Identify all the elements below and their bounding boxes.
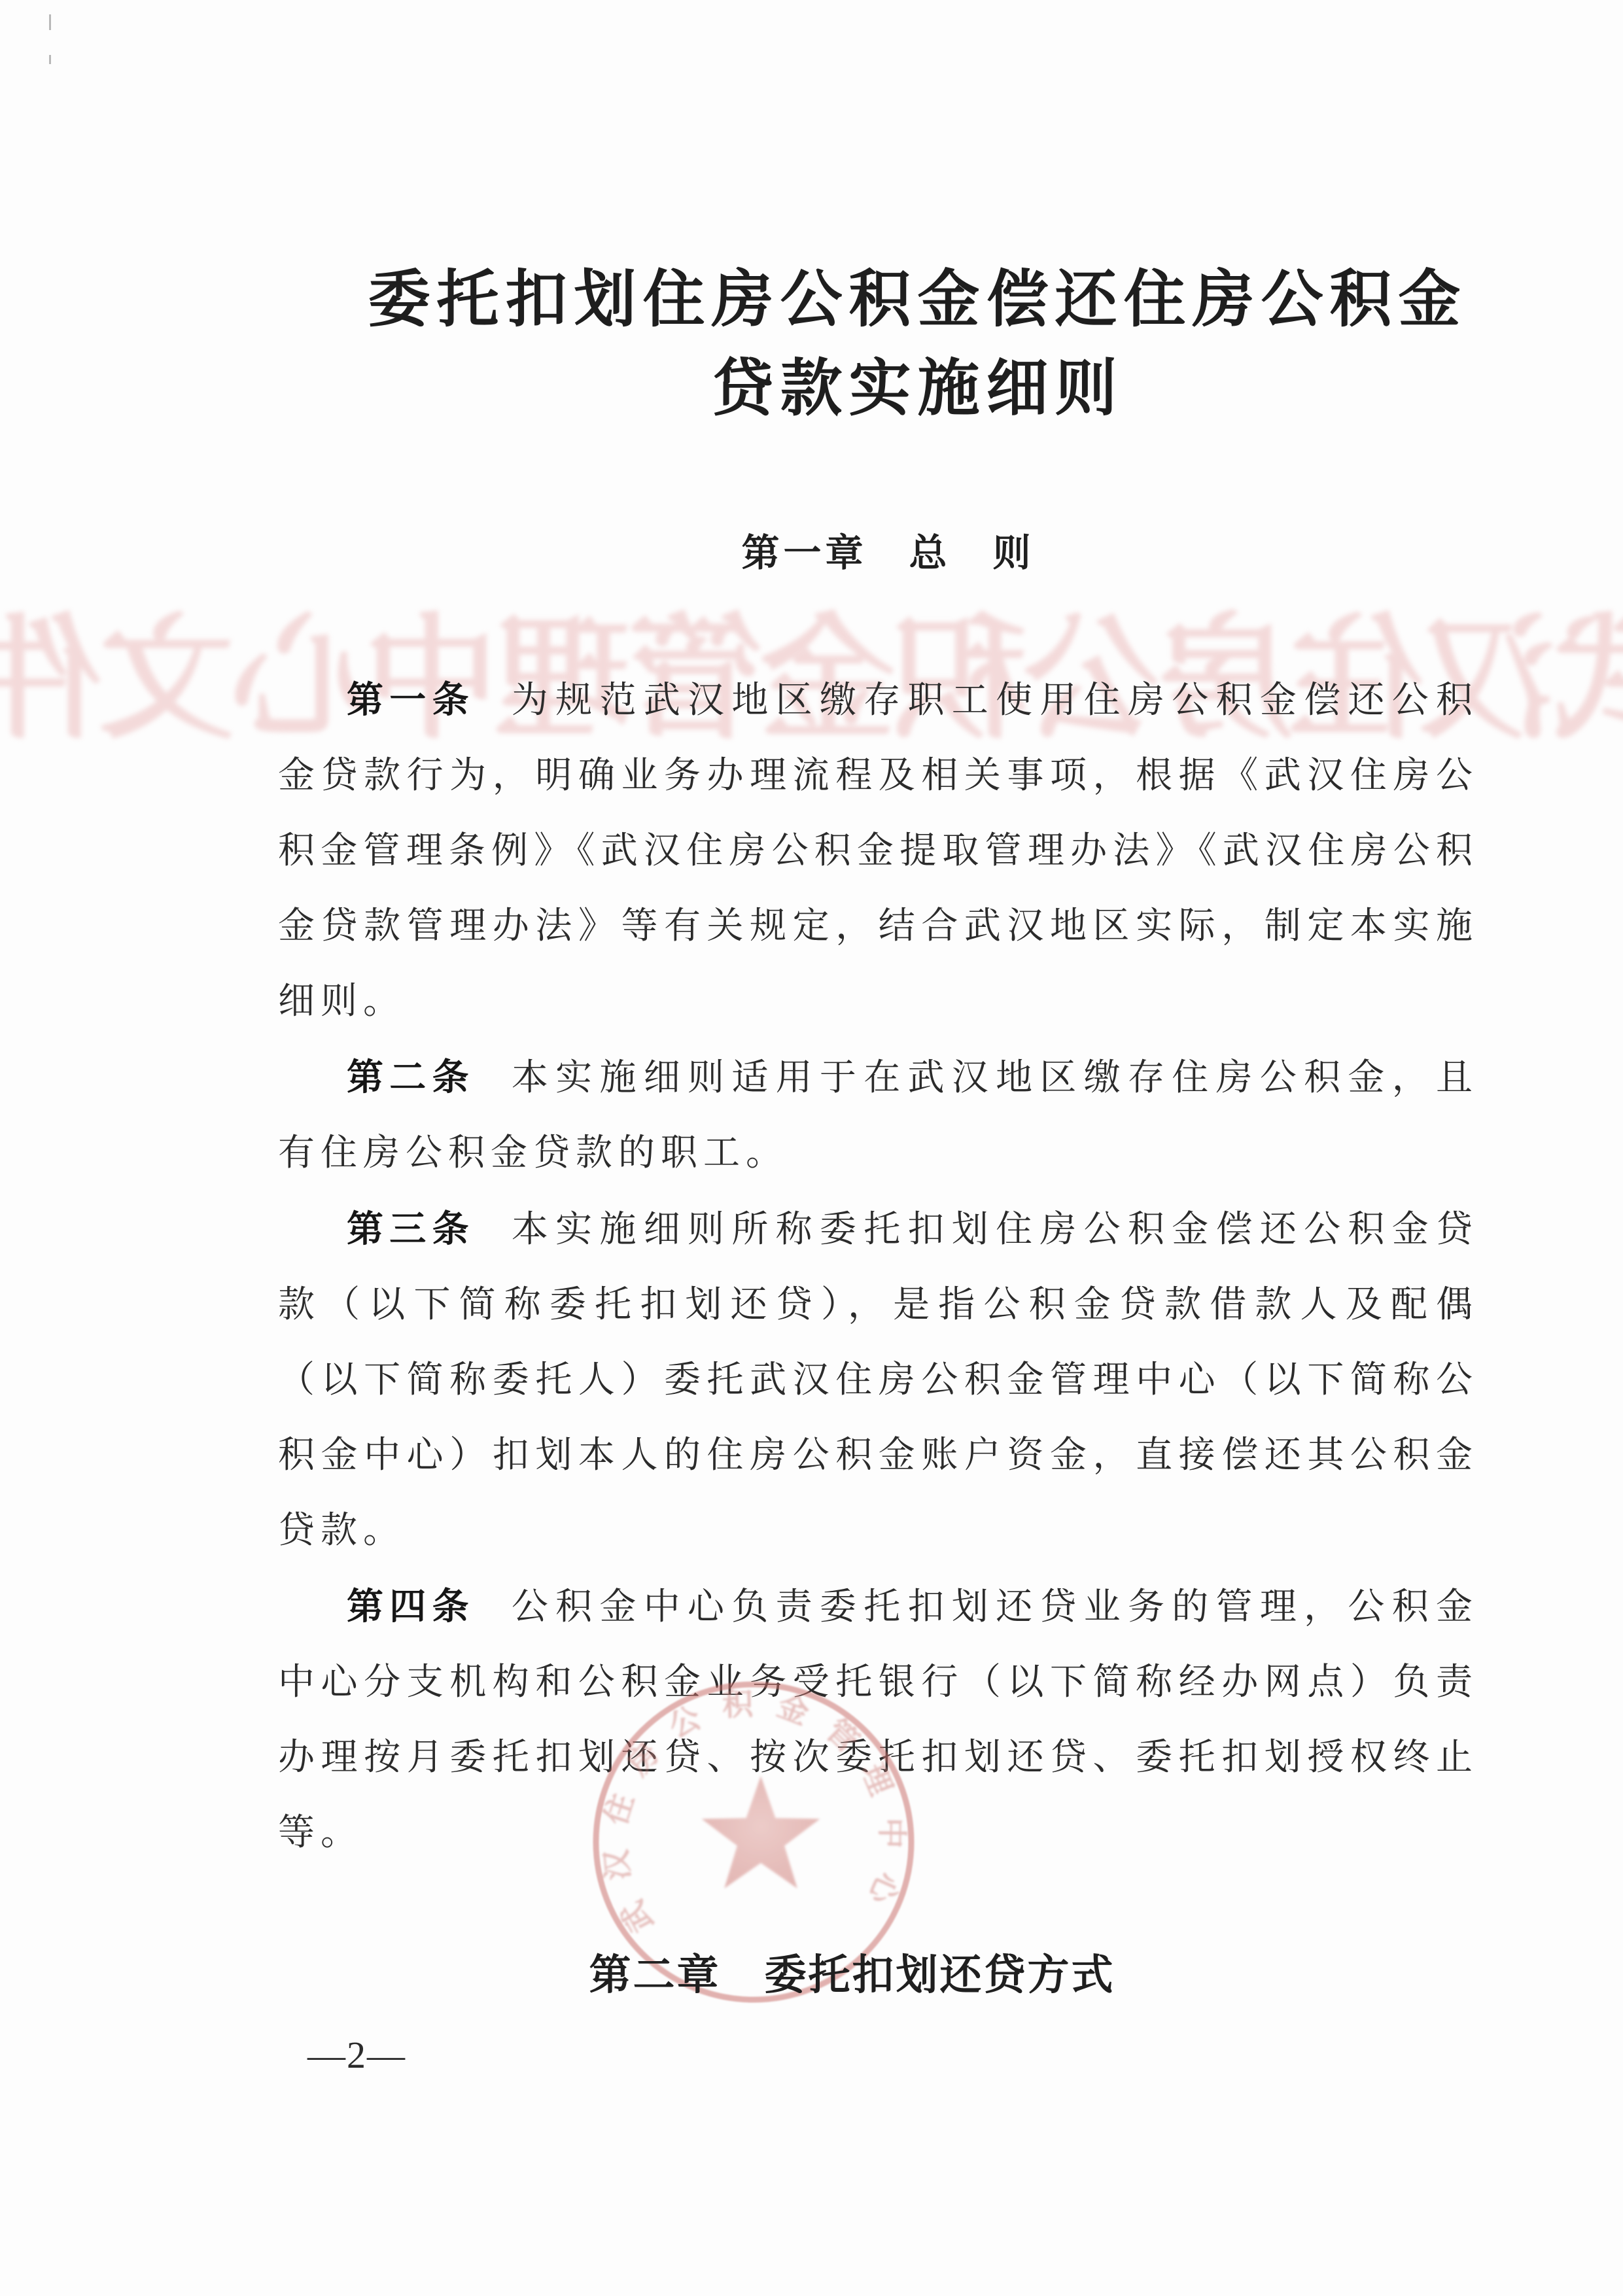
article-4-number: 第四条 — [347, 1586, 475, 1627]
document-page: 武汉住房公积金管理中心文件 委托扣划住房公积金偿还住房公积金 贷款实施细则 第一… — [0, 0, 1623, 2296]
article-3-paragraph: 第三条本实施细则所称委托扣划住房公积金偿还公积金贷款（以下简称委托扣划还贷），是… — [278, 1191, 1478, 1569]
document-title-line2: 贷款实施细则 — [317, 344, 1518, 433]
scan-artifact-line — [49, 55, 51, 64]
article-4-text: 公积金中心负责委托扣划还贷业务的管理，公积金中心分支机构和公积金业务受托银行（以… — [278, 1587, 1478, 1853]
document-title: 委托扣划住房公积金偿还住房公积金 贷款实施细则 — [317, 255, 1518, 433]
page-number: —2— — [307, 2033, 406, 2077]
document-title-line1: 委托扣划住房公积金偿还住房公积金 — [317, 255, 1518, 344]
article-1-number: 第一条 — [347, 679, 475, 720]
article-3-text: 本实施细则所称委托扣划住房公积金偿还公积金贷款（以下简称委托扣划还贷），是指公积… — [278, 1209, 1478, 1551]
article-4-paragraph: 第四条公积金中心负责委托扣划还贷业务的管理，公积金中心分支机构和公积金业务受托银… — [278, 1569, 1478, 1871]
article-2-number: 第二条 — [347, 1056, 475, 1098]
chapter-2-heading: 第二章 委托扣划还贷方式 — [252, 1941, 1452, 2002]
article-2-paragraph: 第二条本实施细则适用于在武汉地区缴存住房公积金，且有住房公积金贷款的职工。 — [278, 1039, 1478, 1191]
chapter-1-heading: 第一章 总 则 — [288, 522, 1488, 577]
scan-artifact-line — [49, 14, 51, 30]
article-3-number: 第三条 — [347, 1208, 475, 1249]
article-1-text: 为规范武汉地区缴存职工使用住房公积金偿还公积金贷款行为，明确业务办理流程及相关事… — [278, 680, 1478, 1022]
article-1-paragraph: 第一条为规范武汉地区缴存职工使用住房公积金偿还公积金贷款行为，明确业务办理流程及… — [278, 662, 1478, 1039]
document-body: 第一条为规范武汉地区缴存职工使用住房公积金偿还公积金贷款行为，明确业务办理流程及… — [278, 662, 1478, 1871]
